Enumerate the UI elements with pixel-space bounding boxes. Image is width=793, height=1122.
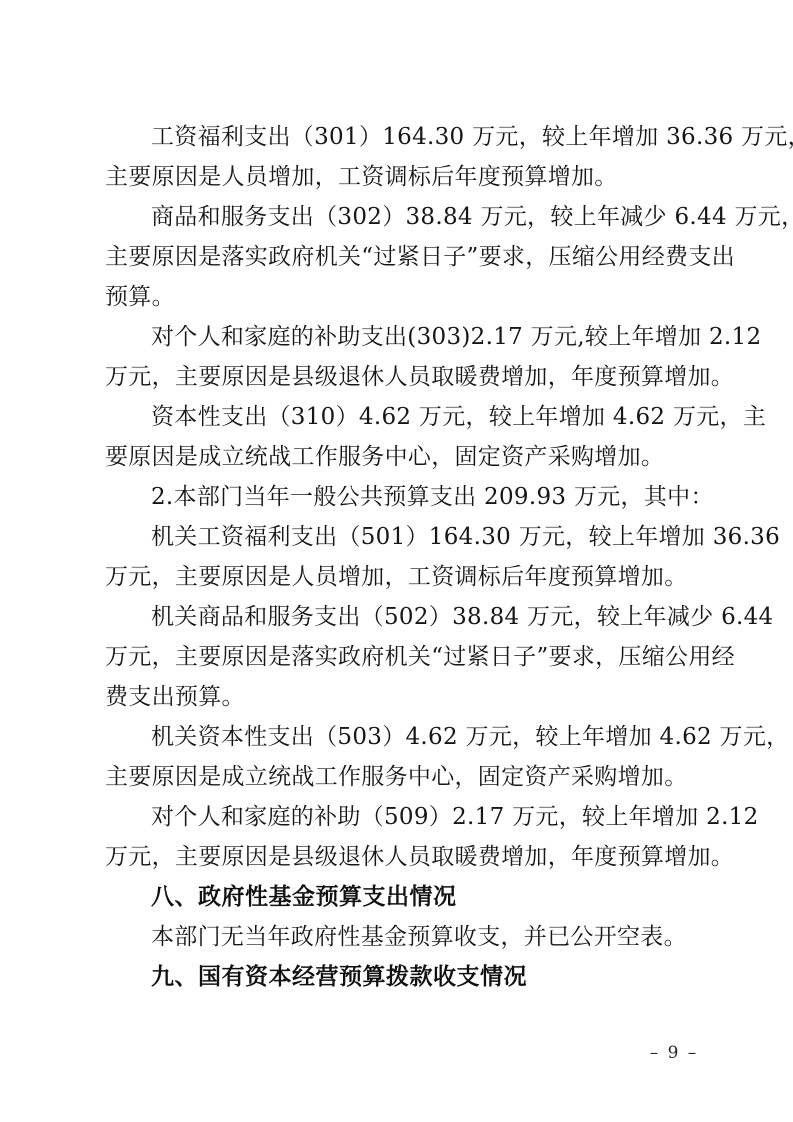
paragraph-line: 要原因是成立统战工作服务中心，固定资产采购增加。 (105, 437, 714, 477)
paragraph-line: 对个人和家庭的补助（509）2.17 万元，较上年增加 2.12 (105, 797, 714, 837)
paragraph-line: 机关商品和服务支出（502）38.84 万元，较上年减少 6.44 (105, 597, 714, 637)
paragraph-line: 万元，主要原因是县级退休人员取暖费增加，年度预算增加。 (105, 837, 714, 877)
paragraph-line: 资本性支出（310）4.62 万元，较上年增加 4.62 万元，主 (105, 397, 714, 437)
document-page: 工资福利支出（301）164.30 万元，较上年增加 36.36 万元， 主要原… (0, 0, 793, 1122)
paragraph-line: 万元，主要原因是落实政府机关“过紧日子”要求，压缩公用经 (105, 637, 714, 677)
section-heading-gov-fund-expenditure: 八、政府性基金预算支出情况 (105, 877, 714, 917)
page-number: – 9 – (636, 1040, 712, 1066)
paragraph-line: 预算。 (105, 277, 714, 317)
paragraph-line: 主要原因是人员增加，工资调标后年度预算增加。 (105, 157, 714, 197)
paragraph-line: 机关工资福利支出（501）164.30 万元，较上年增加 36.36 (105, 517, 714, 557)
section-heading-state-capital-budget: 九、国有资本经营预算拨款收支情况 (105, 957, 714, 997)
paragraph-line: 商品和服务支出（302）38.84 万元，较上年减少 6.44 万元， (105, 197, 714, 237)
paragraph-line: 万元，主要原因是人员增加，工资调标后年度预算增加。 (105, 557, 714, 597)
paragraph-line: 本部门无当年政府性基金预算收支，并已公开空表。 (105, 917, 714, 957)
paragraph-line: 对个人和家庭的补助支出(303)2.17 万元,较上年增加 2.12 (105, 317, 714, 357)
paragraph-line: 费支出预算。 (105, 677, 714, 717)
paragraph-line: 主要原因是落实政府机关“过紧日子”要求，压缩公用经费支出 (105, 237, 714, 277)
paragraph-line: 工资福利支出（301）164.30 万元，较上年增加 36.36 万元， (105, 117, 714, 157)
paragraph-line: 主要原因是成立统战工作服务中心，固定资产采购增加。 (105, 757, 714, 797)
paragraph-line: 机关资本性支出（503）4.62 万元，较上年增加 4.62 万元， (105, 717, 714, 757)
page-content: 工资福利支出（301）164.30 万元，较上年增加 36.36 万元， 主要原… (105, 117, 714, 997)
paragraph-line: 2.本部门当年一般公共预算支出 209.93 万元，其中： (105, 477, 714, 517)
paragraph-line: 万元，主要原因是县级退休人员取暖费增加，年度预算增加。 (105, 357, 714, 397)
